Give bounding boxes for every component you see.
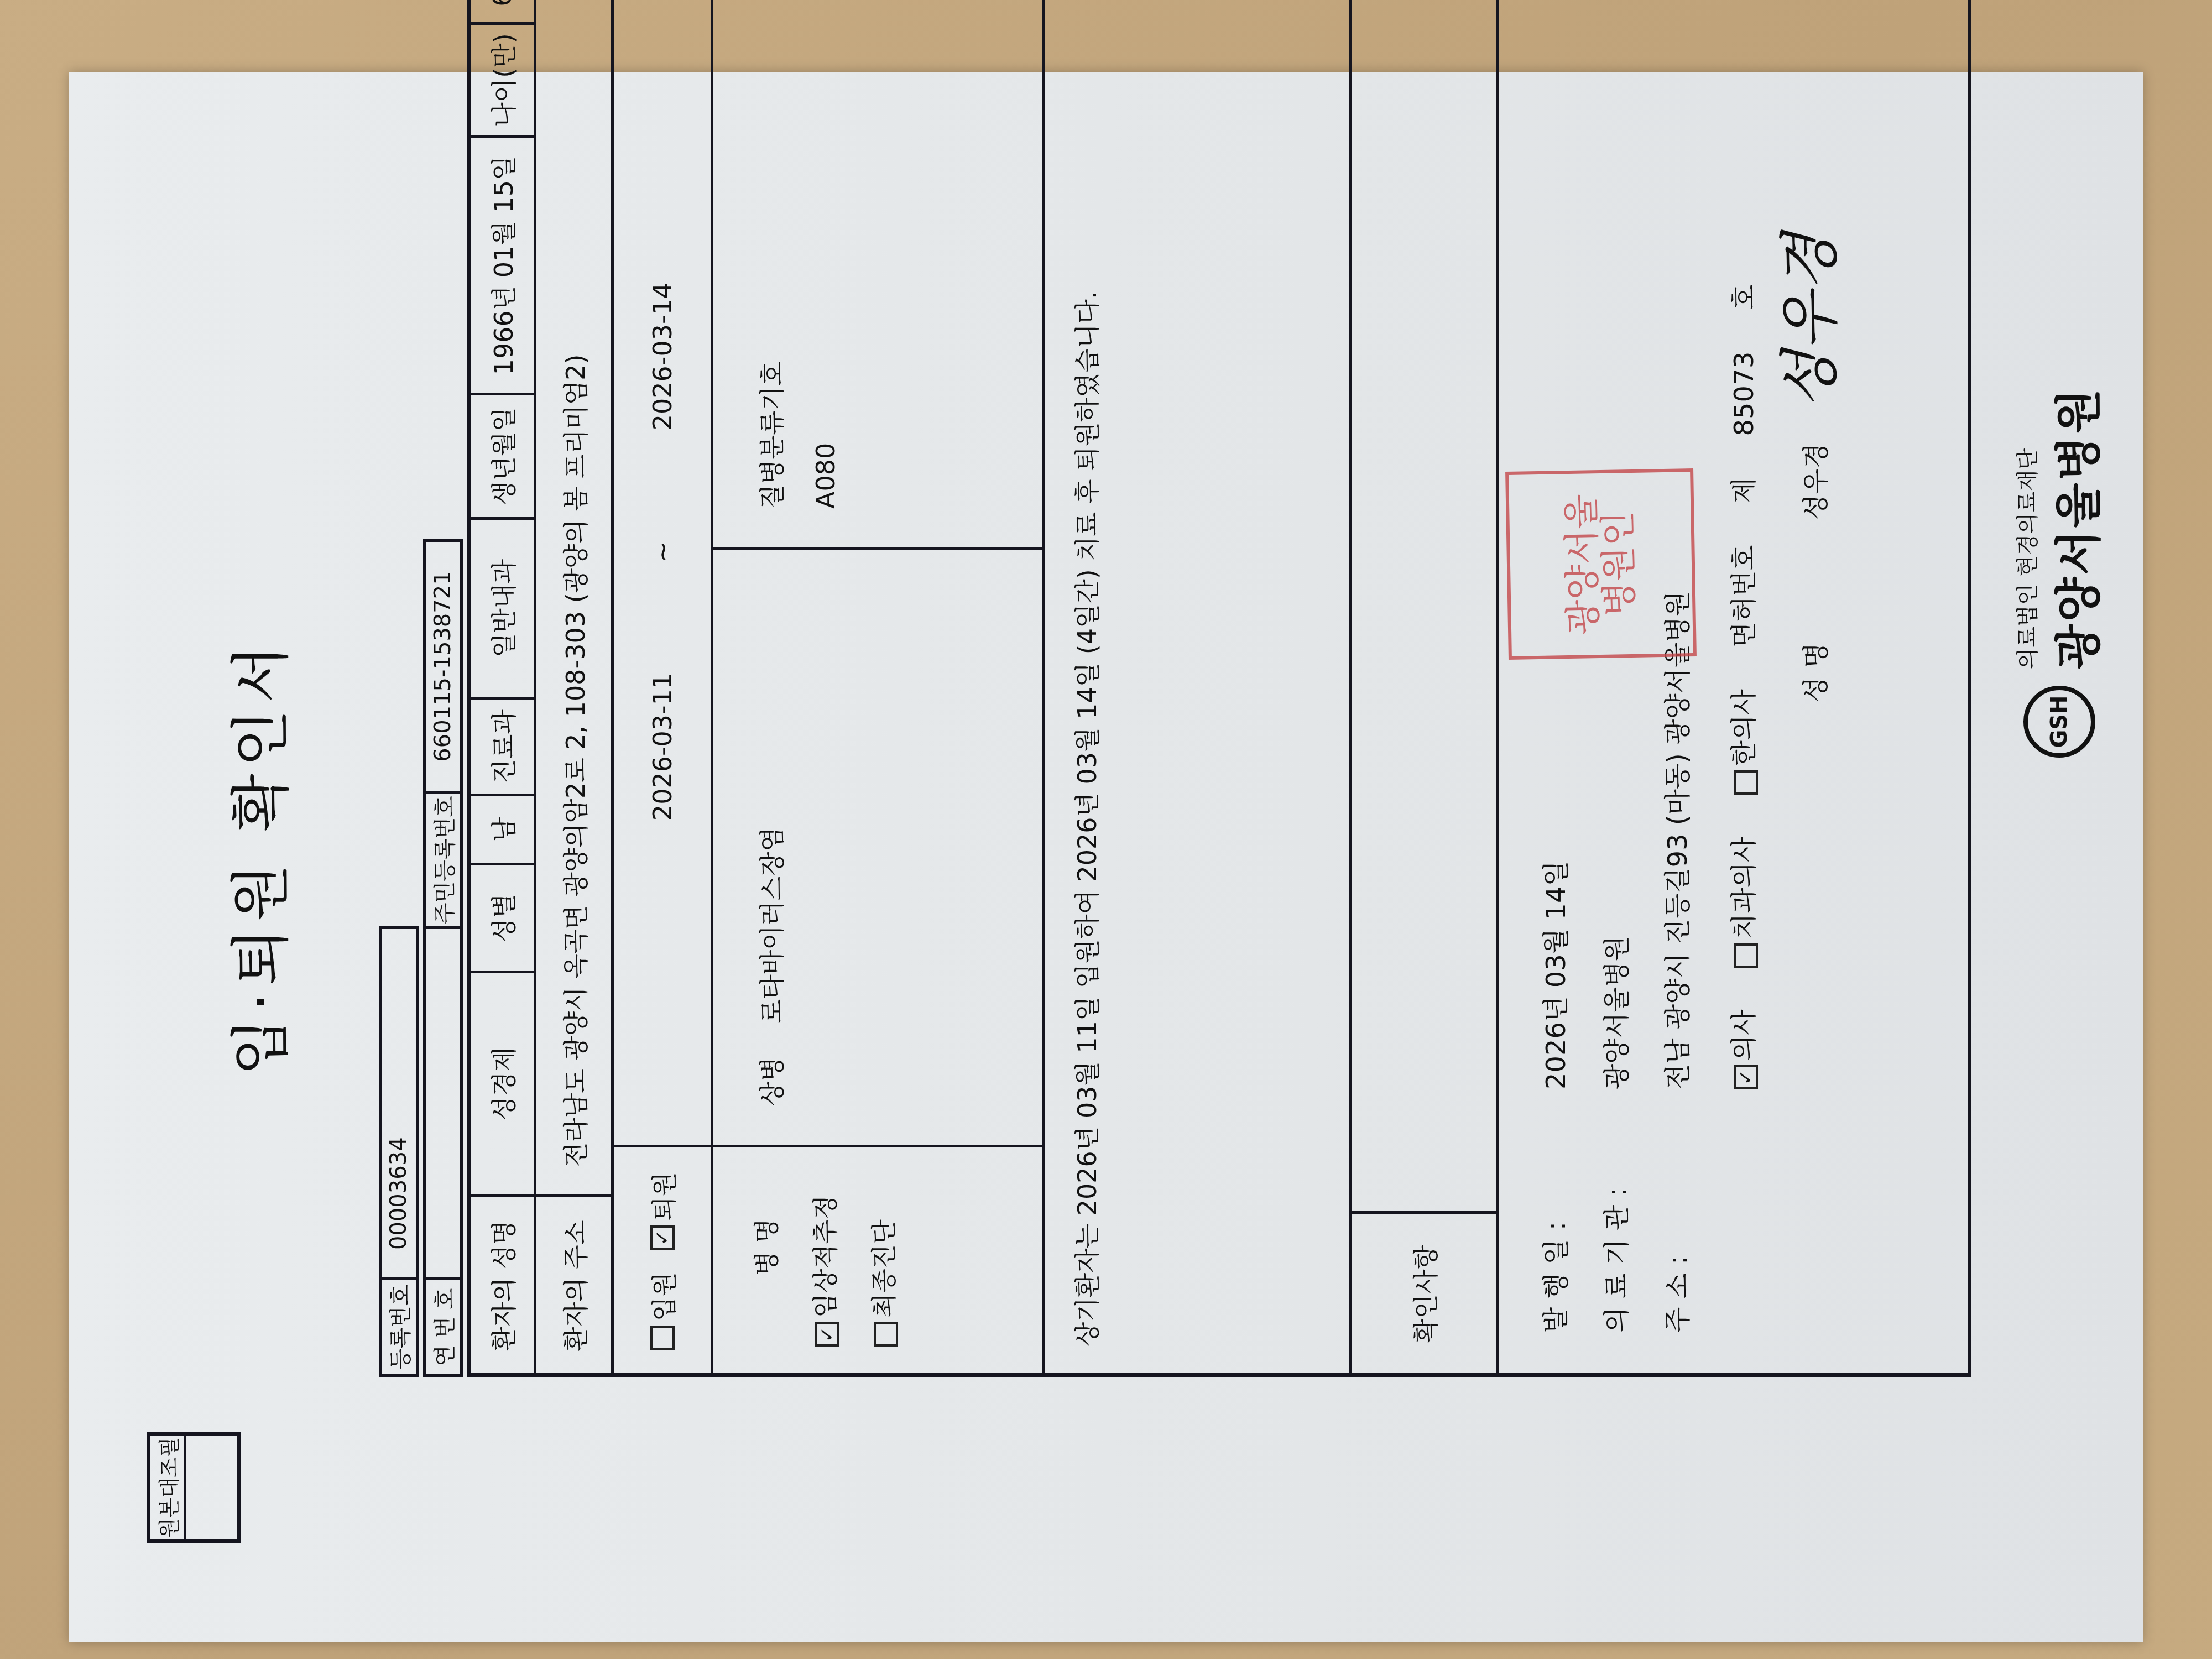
provisional-label: 임상적추정 (810, 1195, 840, 1318)
final-checkbox[interactable] (874, 1322, 898, 1347)
issue-address-label: 주 소 : (1656, 1256, 1694, 1333)
birth-label: 생년월일 (467, 393, 536, 520)
diagnosis-code-label: 질병분류기호 (752, 361, 789, 509)
license-label: 면허번호 (1729, 545, 1760, 647)
resident-no-label: 주민등록번호 (423, 791, 463, 929)
diagnosis-label-cell: 병 명 ✓임상적추정 최종진단 (711, 1145, 1045, 1377)
sex-label: 성별 (467, 863, 536, 973)
issue-date-label: 발 행 일 : (1535, 1222, 1573, 1333)
address-value: 전라남도 광양시 옥곡면 광양의암2로 2, 108-303 (광양의 봄 프리… (534, 0, 614, 1197)
resident-no-value: 660115-1538721 (423, 539, 463, 794)
issue-address: 전남 광양시 진등길93 (마동) 광양서울병원 (1656, 591, 1694, 1089)
license-prefix: 제 (1729, 478, 1760, 503)
dept-label: 진료과 (467, 697, 536, 796)
institution-label: 의 료 기 관 : (1595, 1187, 1634, 1333)
serial-label: 연 번 호 (423, 1277, 463, 1377)
address-label: 환자의 주소 (534, 1194, 614, 1377)
patient-name: 성경제 (467, 971, 536, 1197)
age-label: 나이(만) (467, 22, 536, 138)
stay-start: 2026-03-11 (648, 673, 677, 821)
gsh-badge-icon: GSH (2023, 686, 2095, 758)
birth-value: 1966년 01월 15일 (467, 135, 536, 395)
stay-period: 2026-03-11 ~ 2026-03-14 (611, 0, 713, 1147)
statement-cell: 상기환자는 2026년 03월 11일 입원하여 2026년 03월 14일 (… (1042, 0, 1352, 1377)
admit-label: 입원 (644, 1272, 681, 1321)
stay-sep: ~ (648, 541, 677, 562)
discharge-checkbox[interactable]: ✓ (650, 1225, 675, 1250)
provisional-checkbox[interactable]: ✓ (815, 1322, 839, 1347)
diagnosis-name-cell: 상병 로타바이러스장염 (711, 547, 1045, 1147)
doctor-type-oriental: 한의사 (1729, 689, 1760, 766)
stay-type: 입원 ✓ 퇴원 (611, 1145, 713, 1377)
logo-subtitle: 의료법인 현경의료재단 (2010, 387, 2042, 669)
license-number: 85073 (1729, 352, 1760, 436)
license-suffix: 호 (1729, 284, 1760, 310)
doctor-type-md: 의사 (1729, 1009, 1760, 1061)
doctor-name: 성우경 (1794, 443, 1833, 520)
diagnosis-type: 상병 (752, 1057, 789, 1106)
discharge-label: 퇴원 (644, 1172, 681, 1221)
age-value: 60 (467, 0, 536, 25)
patient-name-label: 환자의 성명 (467, 1194, 536, 1377)
document-page: 원본대조필 입·퇴원 확인서 등록번호 00003634 연 번 호 주민등록번… (69, 72, 2143, 1642)
admit-checkbox[interactable] (650, 1326, 675, 1350)
reg-no-label: 등록번호 (379, 1277, 419, 1377)
doctor-signature: 성우경 (1761, 233, 1849, 409)
final-label: 최종진단 (869, 1219, 899, 1318)
diagnosis-name: 로타바이러스장염 (752, 827, 789, 1024)
institution-name: 광양서울병원 (1595, 936, 1634, 1089)
logo-name: 광양서울병원 (2042, 387, 2109, 669)
hospital-seal: 광양서울병원인 (1505, 468, 1697, 660)
serial-value (423, 926, 463, 1280)
doctor-type-checkbox-dentist[interactable] (1734, 943, 1758, 968)
doctor-type-checkbox-md[interactable]: ✓ (1734, 1065, 1758, 1089)
doctor-type-checkbox-oriental[interactable] (1734, 770, 1758, 795)
reg-no-value: 00003634 (379, 926, 419, 1280)
statement-text: 상기환자는 2026년 03월 11일 입원하여 2026년 03월 14일 (… (1067, 291, 1104, 1347)
diagnosis-code-cell: 질병분류기호 A080 (711, 0, 1045, 550)
page-title: 입·퇴원 확인서 (213, 72, 299, 1642)
issue-date: 2026년 03월 14일 (1535, 860, 1573, 1089)
doctor-type-row: ✓의사 치과의사 한의사 면허번호 제 85073 호 (1723, 284, 1761, 1089)
confirm-content (1349, 0, 1499, 1214)
confirm-label: 확인사항 (1349, 1211, 1499, 1377)
stay-end: 2026-03-14 (648, 283, 677, 430)
doctor-type-dentist: 치과의사 (1729, 837, 1760, 939)
diagnosis-label: 병 명 (747, 1147, 783, 1347)
diagnosis-code: A080 (811, 443, 841, 509)
doctor-name-label: 성 명 (1794, 643, 1833, 702)
dept-value: 일반내과 (467, 517, 536, 700)
sex-value: 남 (467, 794, 536, 865)
original-check-label: 원본대조필 (150, 1436, 186, 1539)
hospital-logo: GSH 의료법인 현경의료재단 광양서울병원 (2010, 387, 2109, 758)
